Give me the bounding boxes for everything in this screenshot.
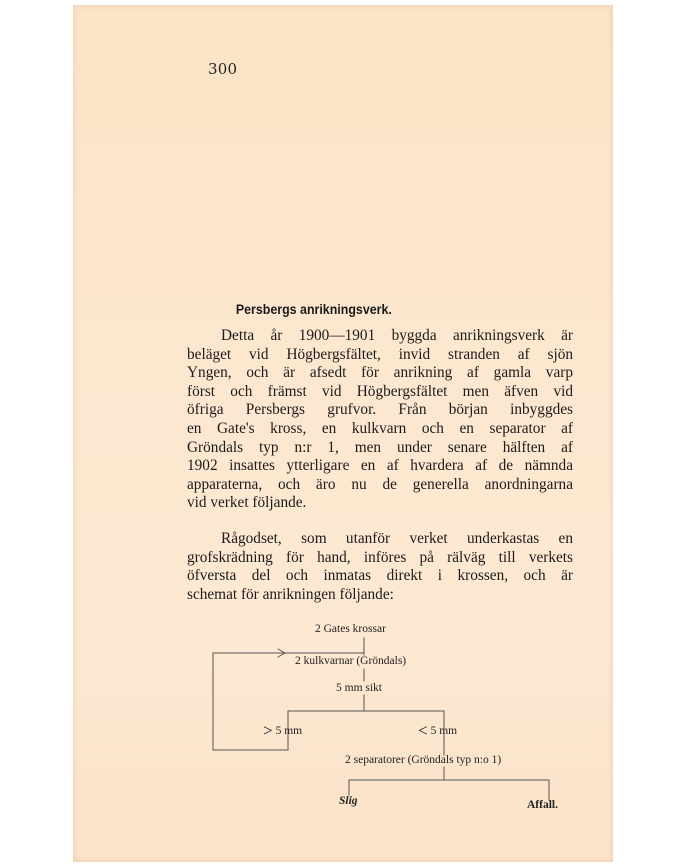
diagram-connector-lines — [73, 5, 613, 862]
node-undersize: <5 mm — [418, 721, 457, 741]
flow-diagram: 2 Gates krossar 2 kulkvarnar (Gröndals) … — [73, 5, 613, 862]
node-crusher: 2 Gates krossar — [315, 623, 386, 635]
greater-than-symbol: > — [263, 721, 273, 740]
oversize-label: 5 mm — [276, 725, 303, 737]
output-concentrate: Slig — [339, 795, 358, 807]
node-ball-mills: 2 kulkvarnar (Gröndals) — [295, 655, 406, 667]
scanned-page: 300 Persbergs anrikningsverk. Detta år 1… — [73, 5, 613, 862]
less-than-symbol: < — [418, 721, 428, 740]
node-oversize: >5 mm — [263, 721, 302, 741]
output-tailings: Affall. — [527, 799, 558, 811]
node-screen: 5 mm sikt — [336, 682, 382, 694]
undersize-label: 5 mm — [431, 725, 458, 737]
node-separators: 2 separatorer (Gröndals typ n:o 1) — [345, 754, 501, 766]
